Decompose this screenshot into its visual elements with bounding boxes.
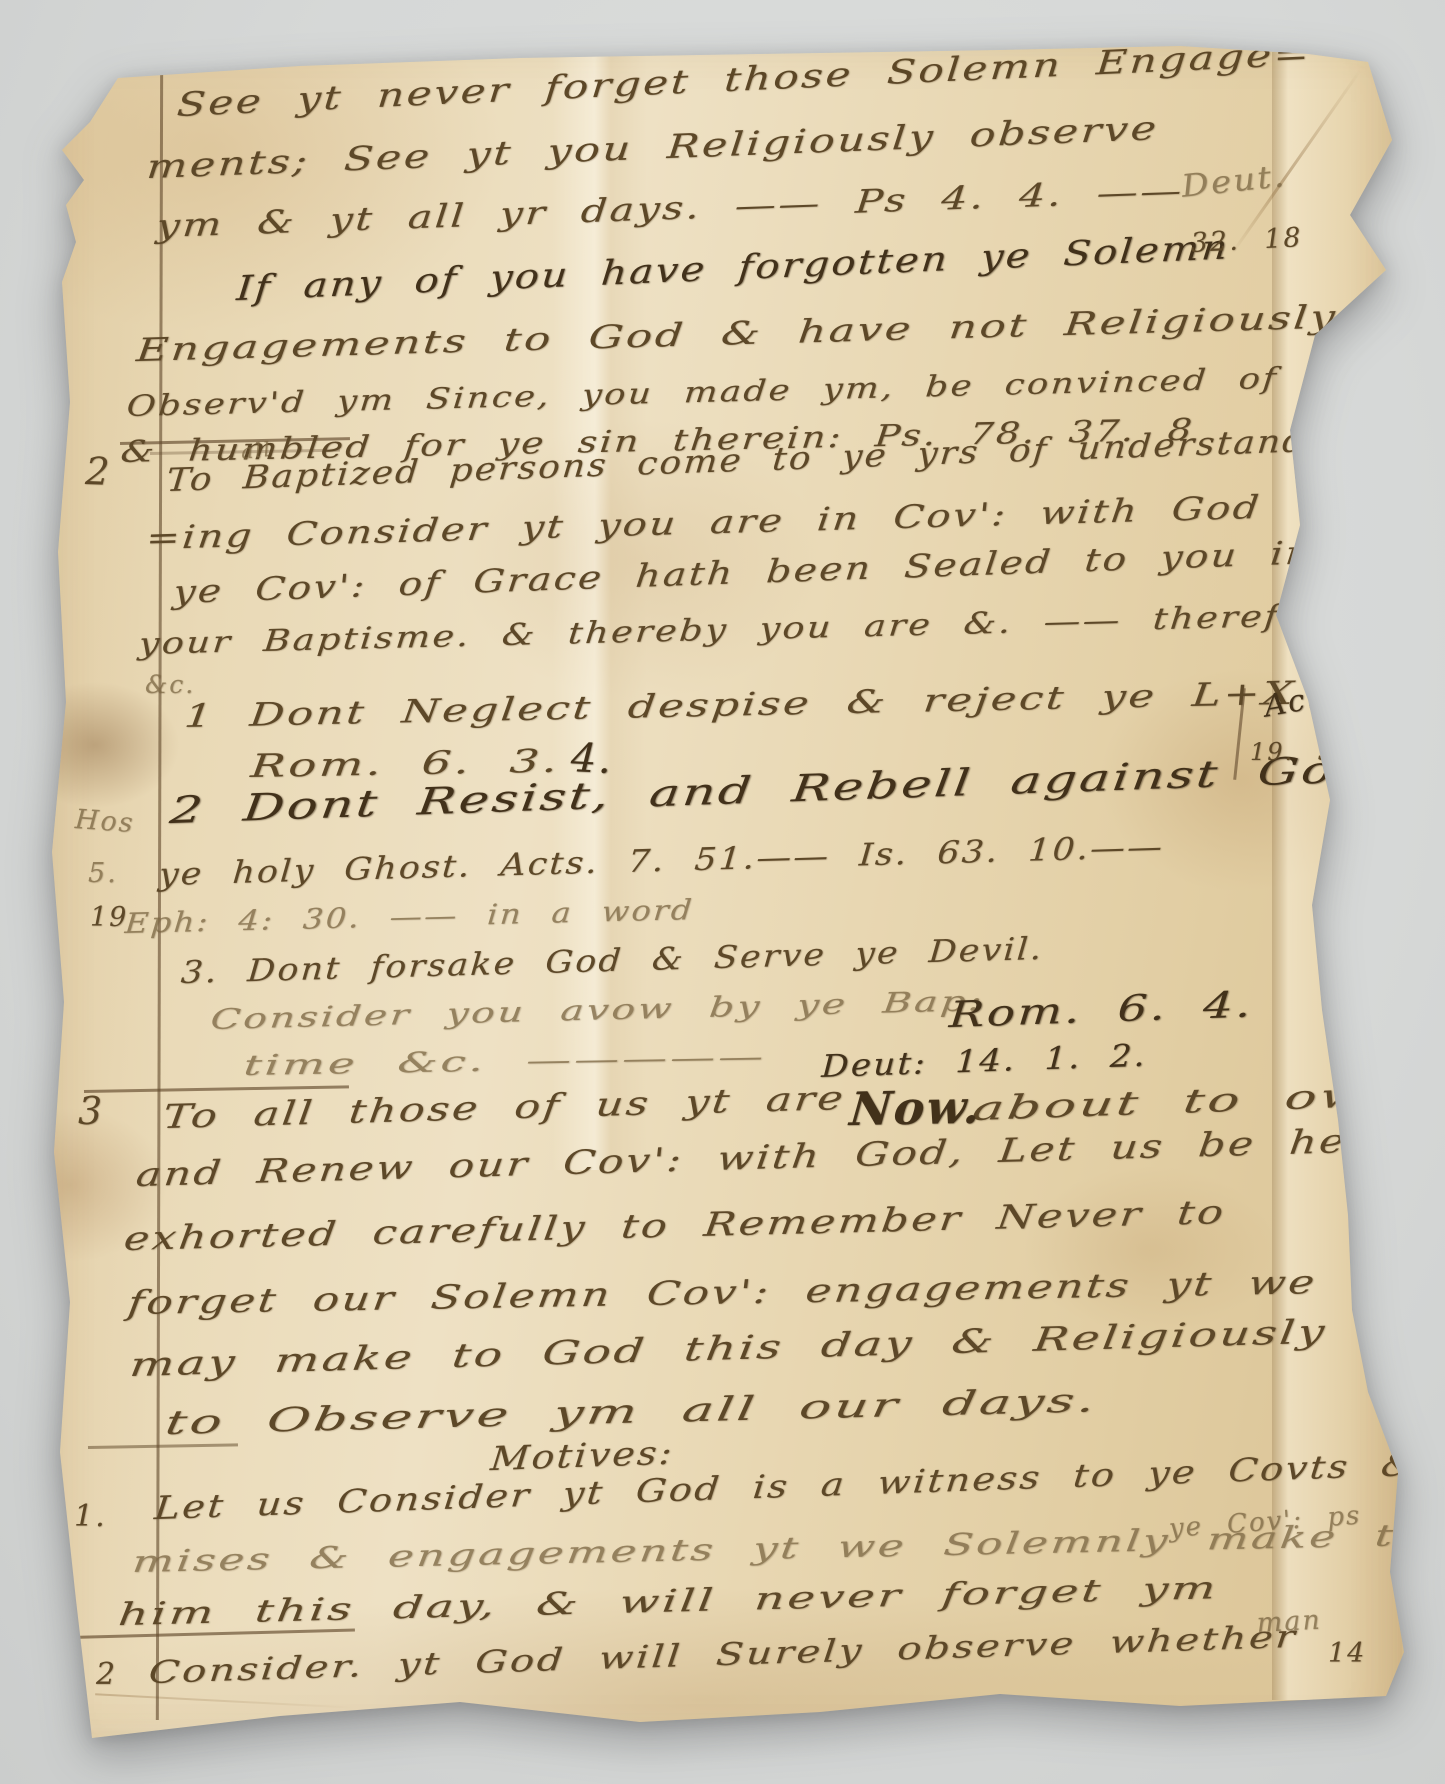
manuscript-line: Consider you avow by ye Bap: bbox=[209, 987, 985, 1034]
manuscript-line: 1 Dont Neglect despise & reject ye L+X bbox=[183, 677, 1298, 732]
photo-backdrop: See yt never forget those Solemn Engage=… bbox=[0, 0, 1445, 1784]
interlinear-insertion: ye Cov': ps bbox=[1168, 1503, 1362, 1542]
scripture-reference: Acts bbox=[1262, 680, 1340, 722]
section-divider-rule bbox=[120, 437, 350, 445]
manuscript-line: time &c. ————— bbox=[242, 1043, 767, 1080]
manuscript-line: 2 Dont Resist, and Rebell against God bbox=[168, 750, 1372, 829]
manuscript-line: Observ'd ym Since, you made ym, be convi… bbox=[126, 362, 1344, 421]
scripture-reference: 32. 18 bbox=[1190, 224, 1303, 257]
margin-citation: Hos bbox=[74, 806, 135, 837]
manuscript-line: If any of you have forgotten ye Solemn bbox=[235, 230, 1231, 306]
scripture-reference: Rom. 6. 4. bbox=[948, 987, 1254, 1034]
scripture-reference: Rom. 6. 3. bbox=[249, 745, 561, 782]
manuscript-line: may make to God this day & Religiously bbox=[128, 1315, 1329, 1382]
manuscript-line: your Baptisme. & thereby you are &. —— t… bbox=[138, 600, 1350, 660]
manuscript-line: 3. Dont forsake God & Serve ye Devil. bbox=[180, 934, 1045, 989]
manuscript-line: to Observe ym all our days. bbox=[163, 1383, 1100, 1439]
manuscript-line: about to own bbox=[971, 1077, 1408, 1125]
section-divider-rule bbox=[88, 1443, 238, 1449]
section-divider-rule bbox=[70, 1629, 355, 1639]
vertical-fold-crease bbox=[552, 50, 647, 1170]
bottom-left-crease bbox=[95, 1693, 355, 1709]
manuscript-line: him this day, & will never forget ym bbox=[117, 1573, 1220, 1631]
manuscript-line: &c. bbox=[145, 672, 195, 697]
margin-note: 14 bbox=[1328, 1640, 1366, 1667]
manuscript-line: mises & engagements yt we Solemnly make … bbox=[131, 1521, 1426, 1578]
section-divider-rule bbox=[84, 1085, 349, 1093]
citation-separator-stroke bbox=[1233, 688, 1245, 780]
manuscript-line: Engagements to God & have not Religiousl… bbox=[135, 300, 1339, 366]
manuscript-line: Consider. yt God will Surely observe whe… bbox=[147, 1622, 1298, 1689]
top-right-crease bbox=[1231, 68, 1363, 254]
manuscript-line: forget our Solemn Cov': engagements yt w… bbox=[126, 1265, 1319, 1319]
margin-citation: 5. bbox=[88, 860, 118, 887]
manuscript-line: To Baptized persons come to ye yrs of un… bbox=[165, 424, 1309, 496]
manuscript-line: ye holy Ghost. Acts. 7. 51.—— Is. 63. 10… bbox=[158, 832, 1165, 891]
margin-section-number: 2 bbox=[85, 452, 112, 491]
margin-section-number: 1. bbox=[74, 1502, 107, 1532]
manuscript-line: ye Cov': of Grace hath been Sealed to yo… bbox=[172, 536, 1314, 608]
manuscript-line: See yt never forget those Solemn Engage= bbox=[176, 36, 1313, 121]
right-edge-fold bbox=[1272, 52, 1402, 1700]
scripture-reference: Deut: 14. 1. 2. bbox=[821, 1041, 1148, 1083]
manuscript-line: Eph: 4: 30. —— in a word bbox=[124, 896, 695, 938]
manuscript-line: & humbled for ye sin therein: Ps. 78. 37… bbox=[119, 416, 1195, 469]
manuscript-line: Let us Consider yt God is a witness to y… bbox=[153, 1448, 1419, 1524]
manuscript-page: See yt never forget those Solemn Engage=… bbox=[0, 0, 1445, 1784]
interlinear-insertion: all bbox=[240, 439, 273, 462]
interlinear-insertion: 4. bbox=[570, 738, 614, 780]
ruled-margin-line bbox=[156, 60, 163, 1720]
section-heading-motives: Motives: bbox=[489, 1436, 675, 1476]
manuscript-line: ym & yt all yr days. —— Ps 4. 4. —— bbox=[156, 174, 1186, 242]
manuscript-line: ments; See yt you Religiously observe bbox=[146, 111, 1160, 183]
paper-shadow-wrap: See yt never forget those Solemn Engage=… bbox=[0, 0, 1445, 1784]
scripture-reference: Deut. bbox=[1180, 161, 1288, 203]
bold-overwrite-word: Now. bbox=[848, 1084, 984, 1132]
margin-note: man bbox=[1256, 1607, 1322, 1637]
section-divider-rule bbox=[150, 449, 340, 455]
manuscript-line: To all those of us yt are bbox=[161, 1081, 847, 1133]
margin-section-number: 3 bbox=[78, 1092, 104, 1130]
manuscript-line: and Renew our Cov': with God, Let us be … bbox=[134, 1122, 1432, 1191]
manuscript-line: =ing Consider yt you are in Cov': with G… bbox=[145, 491, 1263, 554]
margin-section-number: 2 bbox=[96, 1660, 117, 1690]
scripture-reference: 19. 5 bbox=[1250, 740, 1335, 764]
manuscript-line: exhorted carefully to Remember Never to bbox=[122, 1195, 1227, 1255]
margin-citation: 19 bbox=[90, 904, 128, 931]
